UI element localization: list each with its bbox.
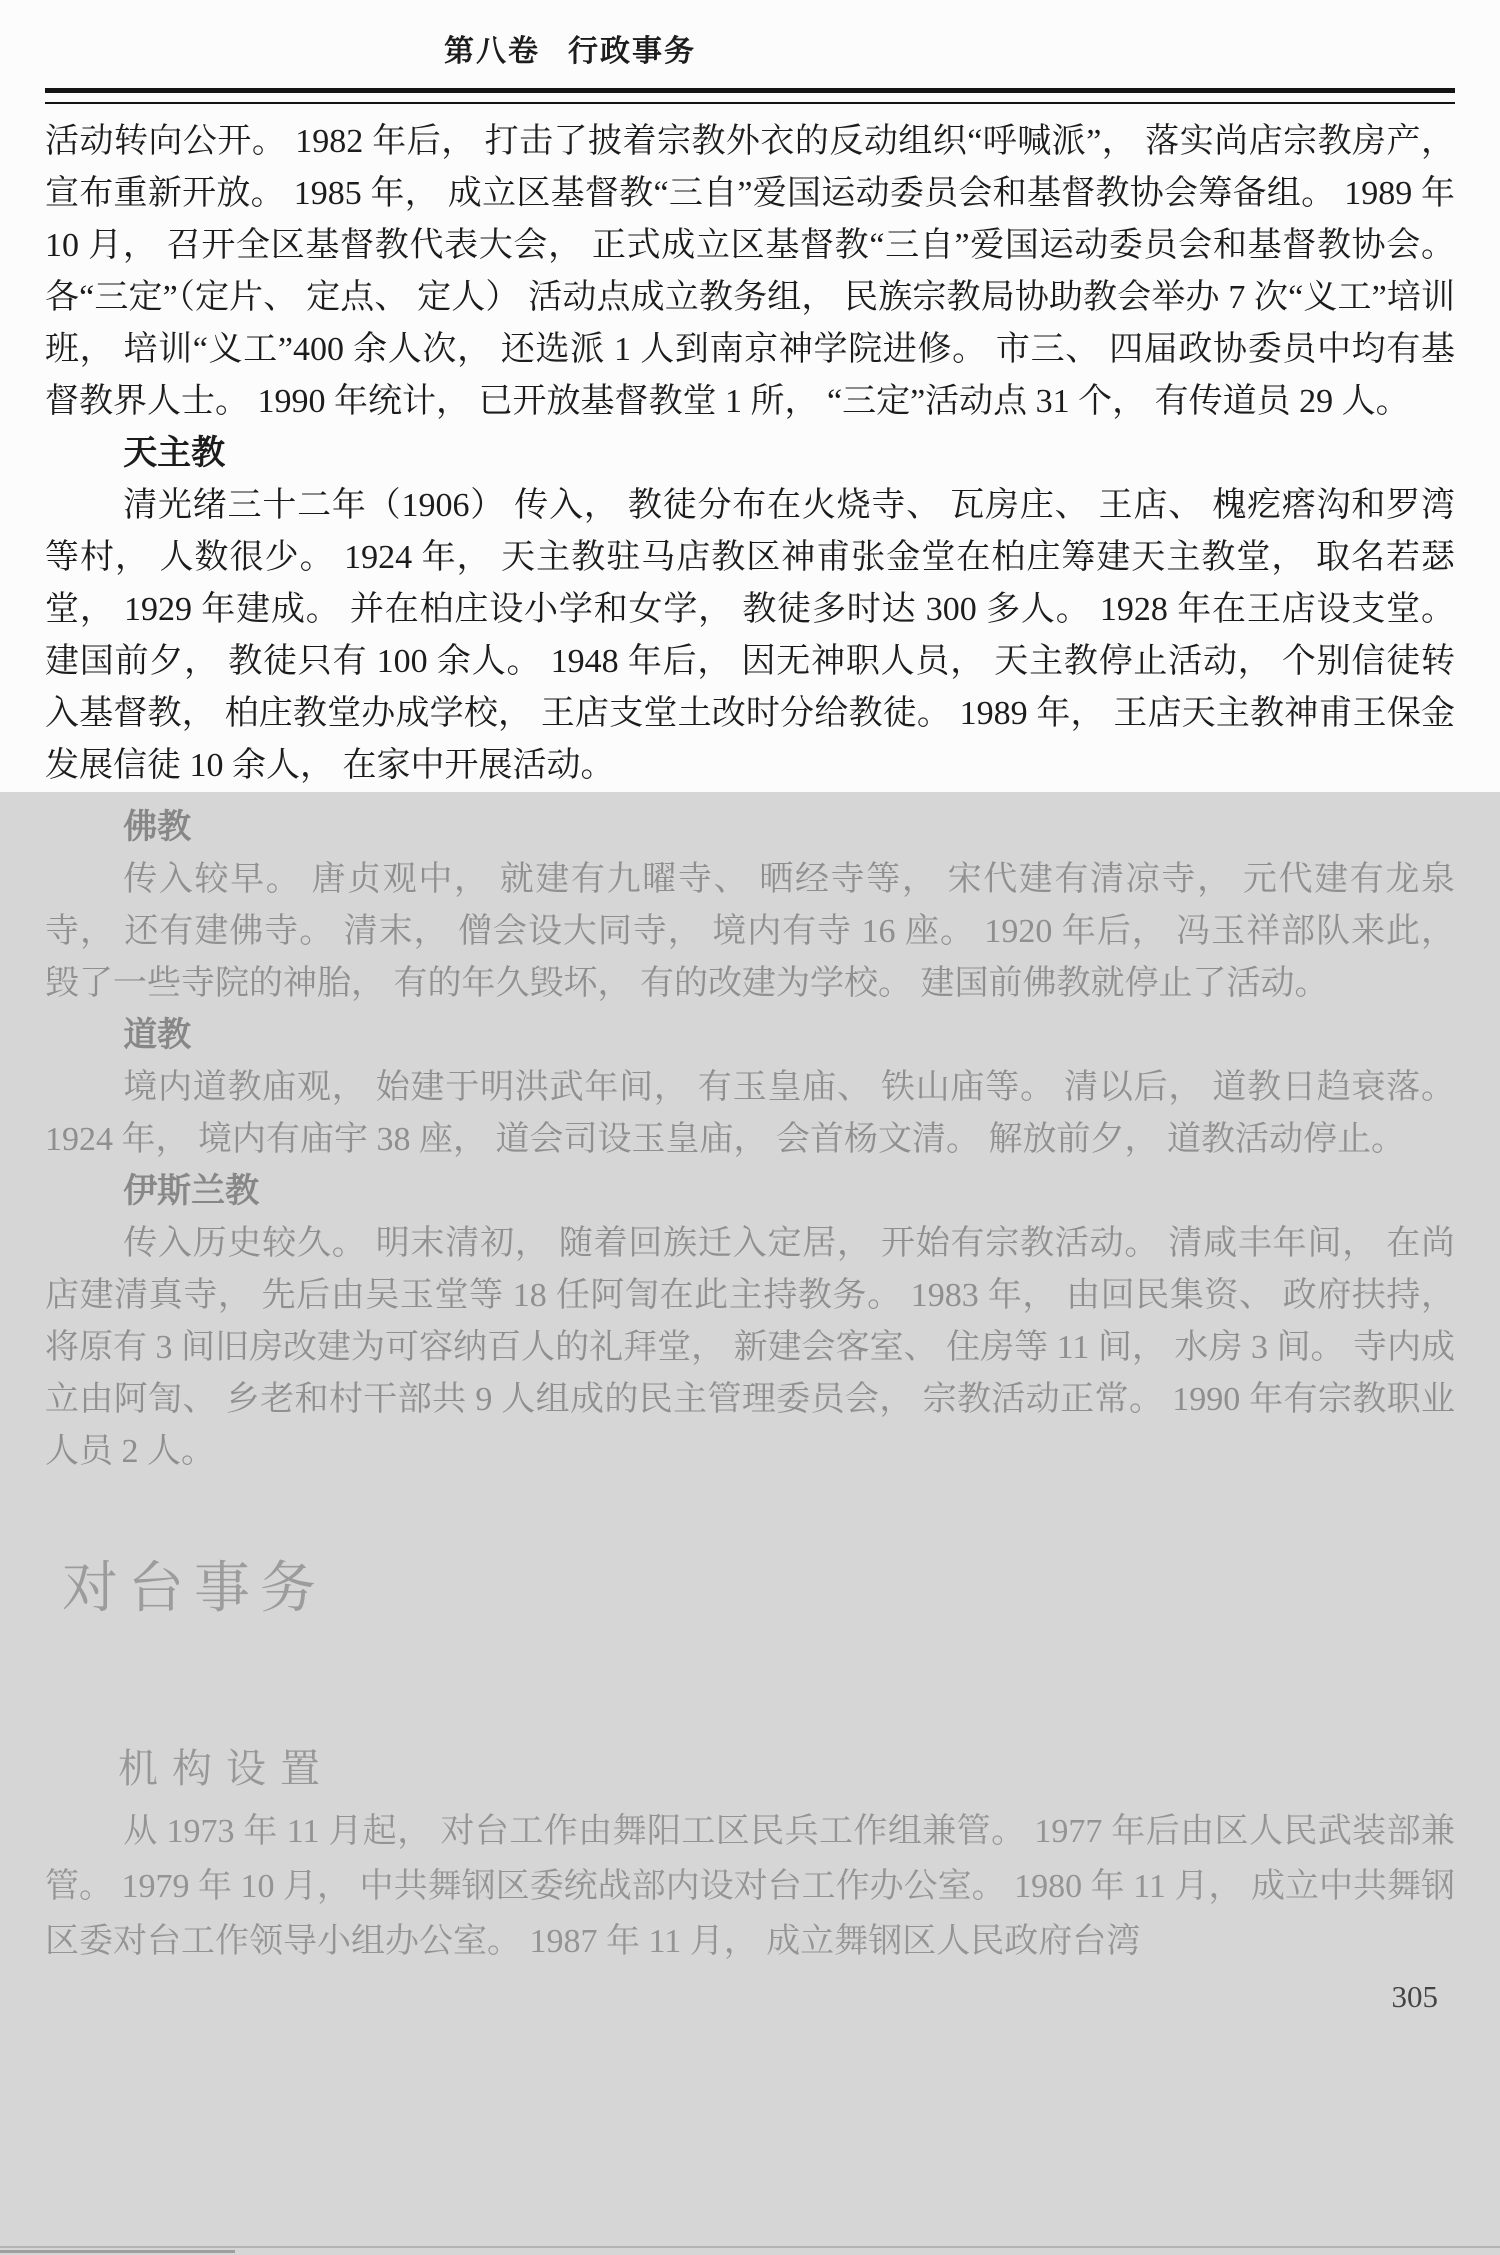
body-paragraph: 活动转向公开。 1982 年后， 打击了披着宗教外衣的反动组织“呼喊派”， 落实… — [45, 116, 1455, 428]
section-label: 行政事务 — [568, 35, 696, 68]
section-heading: 天主教 — [45, 428, 1455, 480]
body-paragraph: 传入较早。 唐贞观中， 就建有九曜寺、 晒经寺等， 宋代建有清凉寺， 元代建有龙… — [45, 854, 1455, 1010]
bottom-corner-scan-mark — [0, 2250, 235, 2253]
body-paragraph: 从 1973 年 11 月起， 对台工作由舞阳工区民兵工作组兼管。 1977 年… — [45, 1804, 1455, 1969]
taiwan-paragraph-block: 从 1973 年 11 月起， 对台工作由舞阳工区民兵工作组兼管。 1977 年… — [45, 1794, 1455, 1969]
section-subheading: 机构设置 — [118, 1744, 1500, 1794]
faded-scan-band: 佛教传入较早。 唐贞观中， 就建有九曜寺、 晒经寺等， 宋代建有清凉寺， 元代建… — [0, 792, 1500, 2255]
volume-label: 第八卷 — [444, 35, 540, 68]
section-heading: 伊斯兰教 — [45, 1166, 1455, 1218]
body-paragraph: 传入历史较久。 明末清初， 随着回族迁入定居， 开始有宗教活动。 清咸丰年间， … — [45, 1218, 1455, 1478]
header-rule — [45, 88, 1455, 104]
section-heading: 道教 — [45, 1010, 1455, 1062]
bottom-scan-line — [0, 2246, 1500, 2248]
page-number: 305 — [0, 1979, 1438, 2015]
body-paragraph: 境内道教庙观， 始建于明洪武年间， 有玉皇庙、 铁山庙等。 清以后， 道教日趋衰… — [45, 1062, 1455, 1166]
running-header: 第八卷行政事务 — [0, 32, 1500, 72]
scanned-book-page: 第八卷行政事务 活动转向公开。 1982 年后， 打击了披着宗教外衣的反动组织“… — [0, 0, 1500, 2255]
religion-text-faded: 佛教传入较早。 唐贞观中， 就建有九曜寺、 晒经寺等， 宋代建有清凉寺， 元代建… — [45, 792, 1455, 1478]
chapter-heading: 对台事务 — [62, 1556, 1500, 1622]
body-paragraph: 清光绪三十二年（1906） 传入， 教徒分布在火烧寺、 瓦房庄、 王店、 槐疙瘩… — [45, 480, 1455, 792]
section-heading: 佛教 — [45, 802, 1455, 854]
religion-text-dark: 活动转向公开。 1982 年后， 打击了披着宗教外衣的反动组织“呼喊派”， 落实… — [45, 116, 1455, 792]
